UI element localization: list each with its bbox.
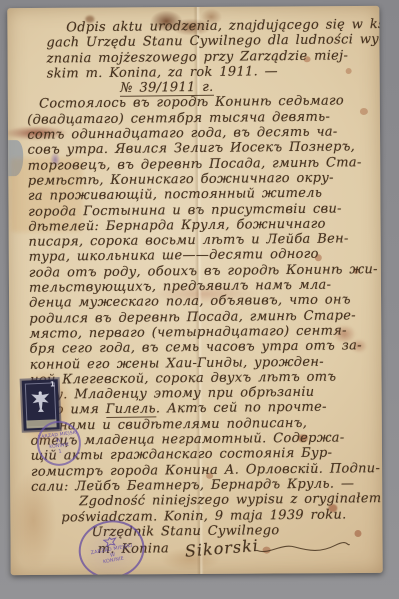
document-paper: Odpis aktu urodzenia, znajdującego się w… [7,6,382,575]
revenue-stamp-value: 1 [50,380,55,388]
round-stamp-number: 1 [58,448,62,454]
name-line-suffix: . Актъ сей по прочте- [156,400,327,417]
scanned-document-page: Odpis aktu urodzenia, znajdującego się w… [0,0,399,599]
handwritten-text: Odpis aktu urodzenia, znajdującego się w… [22,17,376,556]
official-signature: Sikorski [185,538,260,559]
signature-flourish [255,540,351,555]
header-line: skim m. Konina, za rok 1911. — [47,63,371,82]
eagle-icon [27,388,54,415]
act-number-text: № 39/1911 г. [120,80,213,97]
oval-stamp-text: KONINIE [103,556,125,565]
given-name: Гилель [106,402,156,419]
paper-tear-patch [7,140,23,176]
